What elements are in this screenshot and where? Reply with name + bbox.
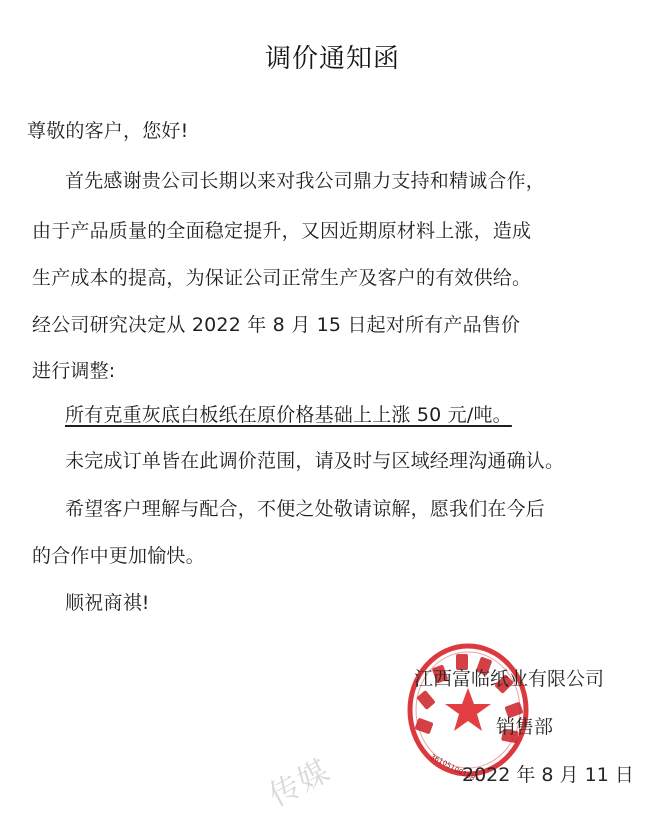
paragraph-1-line-2: 由于产品质量的全面稳定提升，又因近期原材料上涨，造成 [32, 216, 531, 243]
notice-letter: 调价通知函 尊敬的客户，您好! 首先感谢贵公司长期以来对我公司鼎力支持和精诚合作… [0, 0, 665, 816]
paragraph-1-line-4: 经公司研究决定从 2022 年 8 月 15 日起对所有产品售价 [32, 310, 520, 337]
paragraph-1-line-3: 生产成本的提高，为保证公司正常生产及客户的有效供给。 [32, 263, 531, 290]
signature-company: 江西富临纸业有限公司 [414, 664, 604, 691]
paragraph-1-line-5: 进行调整: [32, 356, 115, 383]
signature-department: 销售部 [496, 712, 553, 739]
company-seal-icon: 3610510010836 [404, 640, 534, 780]
letter-title: 调价通知函 [0, 38, 665, 75]
closing: 顺祝商祺! [65, 588, 150, 615]
signature-date: 2022 年 8 月 11 日 [462, 760, 634, 787]
paragraph-3-line-1: 希望客户理解与配合，不便之处敬请谅解，愿我们在今后 [65, 494, 545, 521]
paragraph-1-line-1: 首先感谢贵公司长期以来对我公司鼎力支持和精诚合作， [65, 166, 545, 193]
price-change-statement: 所有克重灰底白板纸在原价格基础上上涨 50 元/吨。 [65, 400, 512, 427]
salutation: 尊敬的客户，您好! [27, 116, 188, 143]
paragraph-2: 未完成订单皆在此调价范围，请及时与区域经理沟通确认。 [65, 446, 564, 473]
watermark: 传媒 [260, 746, 337, 815]
paragraph-3-line-2: 的合作中更加愉快。 [32, 541, 205, 568]
